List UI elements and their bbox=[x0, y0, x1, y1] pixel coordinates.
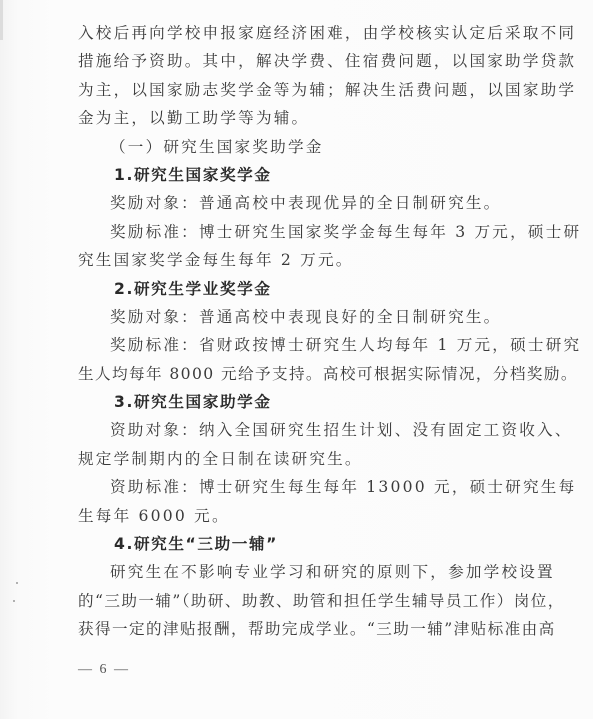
scan-speck bbox=[13, 600, 15, 602]
body-text-line: 资助对象：纳入全国研究生招生计划、没有固定工资收入、 bbox=[78, 416, 520, 444]
scan-speck bbox=[16, 582, 18, 584]
body-text-line: 生每年 6000 元。 bbox=[78, 502, 520, 530]
document-page: 入校后再向学校申报家庭经济困难，由学校核实认定后采取不同 措施给予资助。其中，解… bbox=[0, 0, 593, 719]
body-text-line: 奖励对象：普通高校中表现良好的全日制研究生。 bbox=[78, 303, 520, 331]
body-text-line: 入校后再向学校申报家庭经济困难，由学校核实认定后采取不同 bbox=[78, 19, 520, 47]
document-body: 入校后再向学校申报家庭经济困难，由学校核实认定后采取不同 措施给予资助。其中，解… bbox=[78, 19, 520, 644]
body-text-line: 奖励标准：省财政按博士研究生人均每年 1 万元，硕士研究 bbox=[78, 331, 520, 359]
item-heading: 2.研究生学业奖学金 bbox=[78, 275, 520, 303]
body-text-line: 资助标准：博士研究生每生每年 13000 元，硕士研究生每 bbox=[78, 473, 520, 501]
body-text-line: 究生国家奖学金每生每年 2 万元。 bbox=[78, 246, 520, 274]
body-text-line: 生人均每年 8000 元给予支持。高校可根据实际情况，分档奖励。 bbox=[78, 360, 520, 388]
item-heading: 3.研究生国家助学金 bbox=[78, 388, 520, 416]
item-heading: 1.研究生国家奖学金 bbox=[78, 161, 520, 189]
body-text-line: 奖励对象：普通高校中表现优异的全日制研究生。 bbox=[78, 189, 520, 217]
body-text-line: 措施给予资助。其中，解决学费、住宿费问题，以国家助学贷款 bbox=[78, 47, 520, 75]
body-text-line: 获得一定的津贴报酬，帮助完成学业。“三助一辅”津贴标准由高 bbox=[78, 615, 520, 643]
section-title: （一）研究生国家奖助学金 bbox=[78, 133, 520, 161]
body-text-line: 规定学制期内的全日制在读研究生。 bbox=[78, 445, 520, 473]
body-text-line: 奖励标准：博士研究生国家奖学金每生每年 3 万元，硕士研 bbox=[78, 218, 520, 246]
body-text-line: 金为主，以勤工助学等为辅。 bbox=[78, 104, 520, 132]
body-text-line: 为主，以国家励志奖学金等为辅；解决生活费问题，以国家助学 bbox=[78, 76, 520, 104]
body-text-line: 研究生在不影响专业学习和研究的原则下，参加学校设置 bbox=[78, 558, 520, 586]
item-heading: 4.研究生“三助一辅” bbox=[78, 530, 520, 558]
page-edge-shadow bbox=[0, 0, 3, 40]
page-number: — 6 — bbox=[78, 662, 130, 678]
body-text-line: 的“三助一辅”（助研、助教、助管和担任学生辅导员工作）岗位， bbox=[78, 587, 520, 615]
